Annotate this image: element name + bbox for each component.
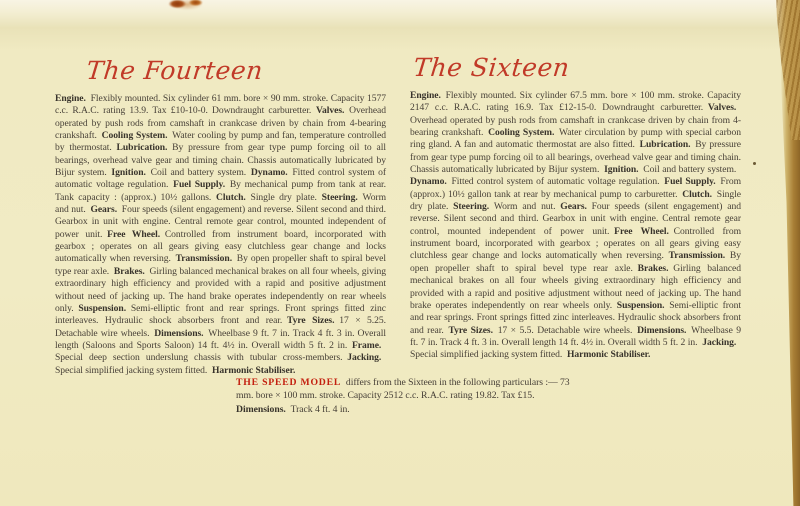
spec-term: Fuel Supply. — [173, 179, 225, 190]
spec-term: Steering. — [322, 192, 358, 203]
column-fourteen: The Fourteen Engine. Flexibly mounted. S… — [55, 56, 386, 377]
spec-term: Clutch. — [682, 189, 712, 200]
spec-term: Engine. — [55, 93, 86, 104]
spec-term: Tyre Sizes. — [448, 325, 492, 336]
spec-term: Dimensions. — [154, 328, 203, 339]
spec-segment: Ignition. Coil and battery system. — [111, 167, 246, 178]
spec-term: THE SPEED MODEL — [236, 377, 341, 388]
rust-stain — [163, 0, 211, 11]
spec-term: Transmission. — [669, 250, 725, 261]
sixteen-spec-text: Engine. Flexibly mounted. Six cylinder 6… — [410, 90, 741, 362]
spec-term: Free Wheel. — [614, 226, 669, 237]
spec-term: Dimensions. — [637, 325, 686, 336]
fourteen-spec-text: Engine. Flexibly mounted. Six cylinder 6… — [55, 93, 386, 377]
spec-term: Dynamo. — [251, 167, 288, 178]
spec-term: Valves. — [708, 102, 736, 113]
spec-term: Ignition. — [111, 167, 145, 178]
spec-segment: Harmonic Stabiliser. — [567, 349, 650, 360]
spec-segment: Steering. Worm and nut. — [453, 201, 555, 212]
brochure-page: The Fourteen Engine. Flexibly mounted. S… — [0, 0, 800, 506]
spec-term: Lubrication. — [640, 139, 691, 150]
spec-term: Suspension. — [617, 300, 665, 311]
spec-term: Fuel Supply. — [664, 176, 715, 187]
spec-segment: Tyre Sizes. 17 × 5.5. Detachable wire wh… — [448, 325, 632, 336]
spec-segment: Ignition. Coil and battery system. — [604, 164, 736, 175]
spec-term: Jacking. — [347, 352, 381, 363]
fourteen-title: The Fourteen — [85, 56, 264, 85]
spec-term: Ignition. — [604, 164, 638, 175]
spec-term: Gears. — [90, 204, 117, 215]
spec-term: Valves. — [316, 105, 344, 116]
spec-term: Harmonic Stabiliser. — [212, 365, 295, 376]
spec-term: Frame. — [352, 340, 381, 351]
spec-term: Engine. — [410, 90, 441, 101]
spec-segment: Harmonic Stabiliser. — [212, 365, 295, 376]
spec-term: Lubrication. — [117, 142, 168, 153]
spec-term: Harmonic Stabiliser. — [567, 349, 650, 360]
spec-term: Clutch. — [216, 192, 246, 203]
spec-term: Dynamo. — [410, 176, 447, 187]
spec-term: Jacking. — [702, 337, 736, 348]
spec-term: Tyre Sizes. — [287, 315, 334, 326]
spec-term: Steering. — [453, 201, 489, 212]
spec-segment: THE SPEED MODEL differs from the Sixteen… — [236, 377, 570, 401]
spec-term: Gears. — [560, 201, 587, 212]
spec-term: Dimensions. — [236, 404, 286, 415]
spec-term: Free Wheel. — [107, 229, 160, 240]
spec-term: Cooling System. — [488, 127, 554, 138]
spec-segment: Dynamo. Fitted control system of automat… — [410, 176, 660, 187]
spec-segment: Dimensions. Track 4 ft. 4 in. — [236, 404, 350, 415]
spec-term: Transmission. — [176, 253, 232, 264]
speed-model-note: THE SPEED MODEL differs from the Sixteen… — [236, 376, 584, 416]
spec-segment: Engine. Flexibly mounted. Six cylinder 6… — [410, 90, 741, 113]
paper-speck — [753, 162, 756, 165]
column-sixteen: The Sixteen Engine. Flexibly mounted. Si… — [410, 53, 741, 362]
sixteen-title: The Sixteen — [412, 53, 571, 82]
spec-term: Brakes. — [638, 263, 669, 274]
spec-term: Suspension. — [78, 303, 126, 314]
spec-term: Cooling System. — [102, 130, 168, 141]
spec-term: Brakes. — [114, 266, 145, 277]
spec-segment: Clutch. Single dry plate. — [216, 192, 317, 203]
